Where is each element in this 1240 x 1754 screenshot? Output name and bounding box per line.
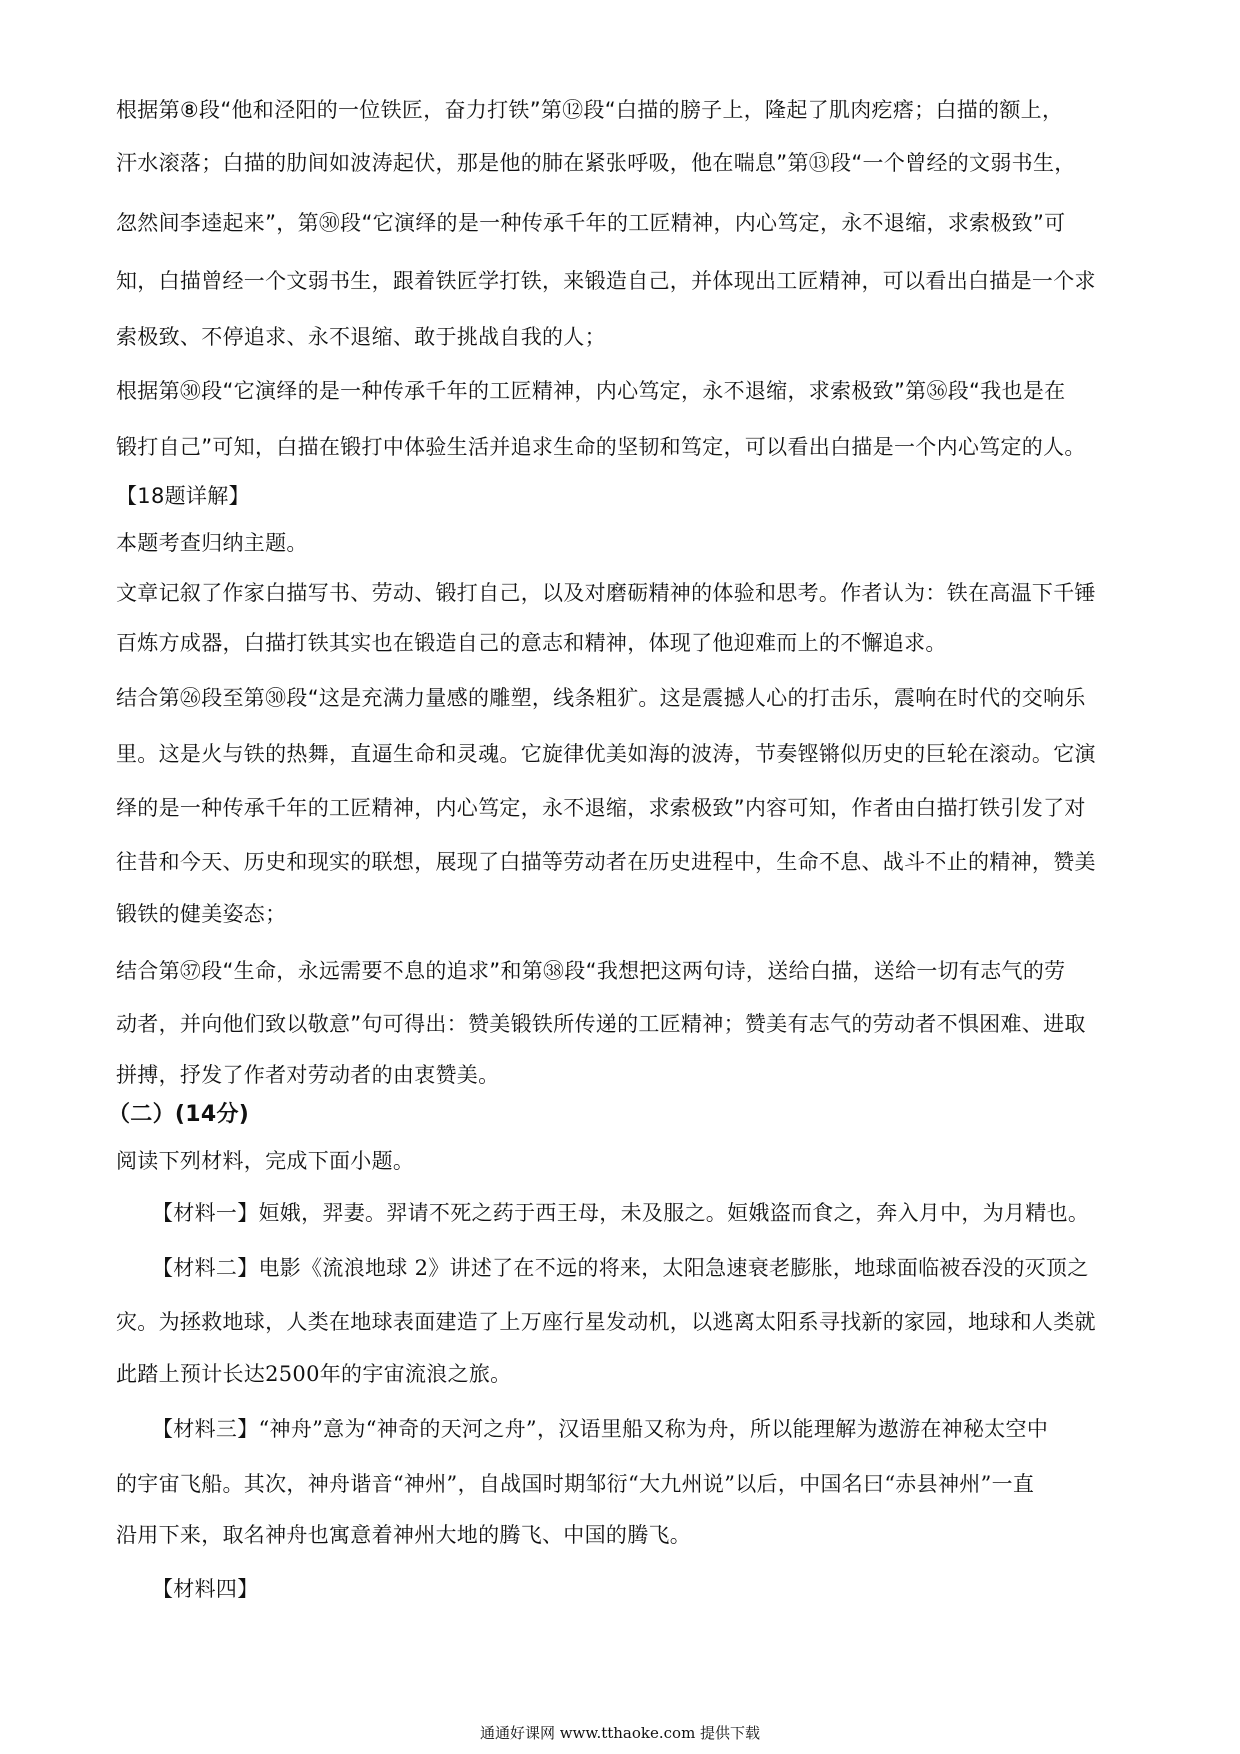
material-3-text: 沿用下来，取名神舟也寓意着神州大地的腾飞、中国的腾飞。 [116, 1521, 691, 1549]
text-line: 拼搏，抒发了作者对劳动者的由衷赞美。 [116, 1061, 499, 1089]
text-line: 百炼方成器，白描打铁其实也在锻造自己的意志和精神，体现了他迎难而上的不懈追求。 [116, 629, 947, 657]
text-line: 结合第㊲段“生命，永远需要不息的追求”和第㊳段“我想把这两句诗，送给白描，送给一… [116, 957, 1065, 985]
material-3-text: 【材料三】“神舟”意为“神奇的天河之舟”，汉语里船又称为舟，所以能理解为遨游在神… [152, 1415, 1048, 1443]
question-18-heading: 【18题详解】 [116, 482, 250, 510]
text-line: 里。这是火与铁的热舞，直逼生命和灵魂。它旋律优美如海的波涛，节奏铿锵似历史的巨轮… [116, 740, 1096, 768]
document-page: 根据第⑧段“他和泾阳的一位铁匠，奋力打铁”第⑫段“白描的膀子上，隆起了肌肉疙瘩；… [0, 0, 1240, 1754]
question-18-topic: 本题考查归纳主题。 [116, 529, 308, 557]
material-1-text: 【材料一】姮娥，羿妻。羿请不死之药于西王母，未及服之。姮娥盗而食之，奔入月中，为… [152, 1199, 1089, 1227]
text-line: 根据第⑧段“他和泾阳的一位铁匠，奋力打铁”第⑫段“白描的膀子上，隆起了肌肉疙瘩；… [116, 96, 1063, 124]
text-line: 索极致、不停追求、永不退缩、敢于挑战自我的人； [116, 323, 606, 351]
text-line: 知，白描曾经一个文弱书生，跟着铁匠学打铁，来锻造自己，并体现出工匠精神，可以看出… [116, 267, 1096, 295]
text-line: 忽然间李逵起来”，第㉚段“它演绎的是一种传承千年的工匠精神，内心笃定，永不退缩，… [116, 209, 1065, 237]
section-two-instruction: 阅读下列材料，完成下面小题。 [116, 1147, 414, 1175]
material-4-label: 【材料四】 [152, 1575, 259, 1603]
text-line: 根据第㉚段“它演绎的是一种传承千年的工匠精神，内心笃定，永不退缩，求索极致”第㊱… [116, 377, 1065, 405]
material-2-text: 【材料二】电影《流浪地球 2》讲述了在不远的将来，太阳急速衰老膨胀，地球面临被吞… [152, 1254, 1089, 1282]
text-line: 结合第㉖段至第㉚段“这是充满力量感的雕塑，线条粗犷。这是震撼人心的打击乐，震响在… [116, 684, 1086, 712]
text-line: 汗水滚落；白描的肋间如波涛起伏，那是他的肺在紧张呼吸，他在喘息”第⑬段“一个曾经… [116, 149, 1076, 177]
material-2-text: 此踏上预计长达2500年的宇宙流浪之旅。 [116, 1360, 511, 1388]
text-line: 往昔和今天、历史和现实的联想，展现了白描等劳动者在历史进程中，生命不息、战斗不止… [116, 848, 1096, 876]
text-line: 绎的是一种传承千年的工匠精神，内心笃定，永不退缩，求索极致”内容可知，作者由白描… [116, 794, 1086, 822]
text-line: 文章记叙了作家白描写书、劳动、锻打自己，以及对磨砺精神的体验和思考。作者认为：铁… [116, 579, 1096, 607]
section-two-heading: （二）(14分) [108, 1101, 249, 1129]
text-line: 动者，并向他们致以敬意”句可得出：赞美锻铁所传递的工匠精神；赞美有志气的劳动者不… [116, 1010, 1086, 1038]
text-line: 锻打自己”可知，白描在锻打中体验生活并追求生命的坚韧和笃定，可以看出白描是一个内… [116, 433, 1086, 461]
text-line: 锻铁的健美姿态； [116, 900, 286, 928]
page-footer: 通通好课网 www.tthaoke.com 提供下载 [0, 1722, 1240, 1743]
material-3-text: 的宇宙飞船。其次，神舟谐音“神州”，自战国时期邹衍“大九州说”以后，中国名曰“赤… [116, 1470, 1034, 1498]
material-2-text: 灾。为拯救地球，人类在地球表面建造了上万座行星发动机，以逃离太阳系寻找新的家园，… [116, 1308, 1096, 1336]
